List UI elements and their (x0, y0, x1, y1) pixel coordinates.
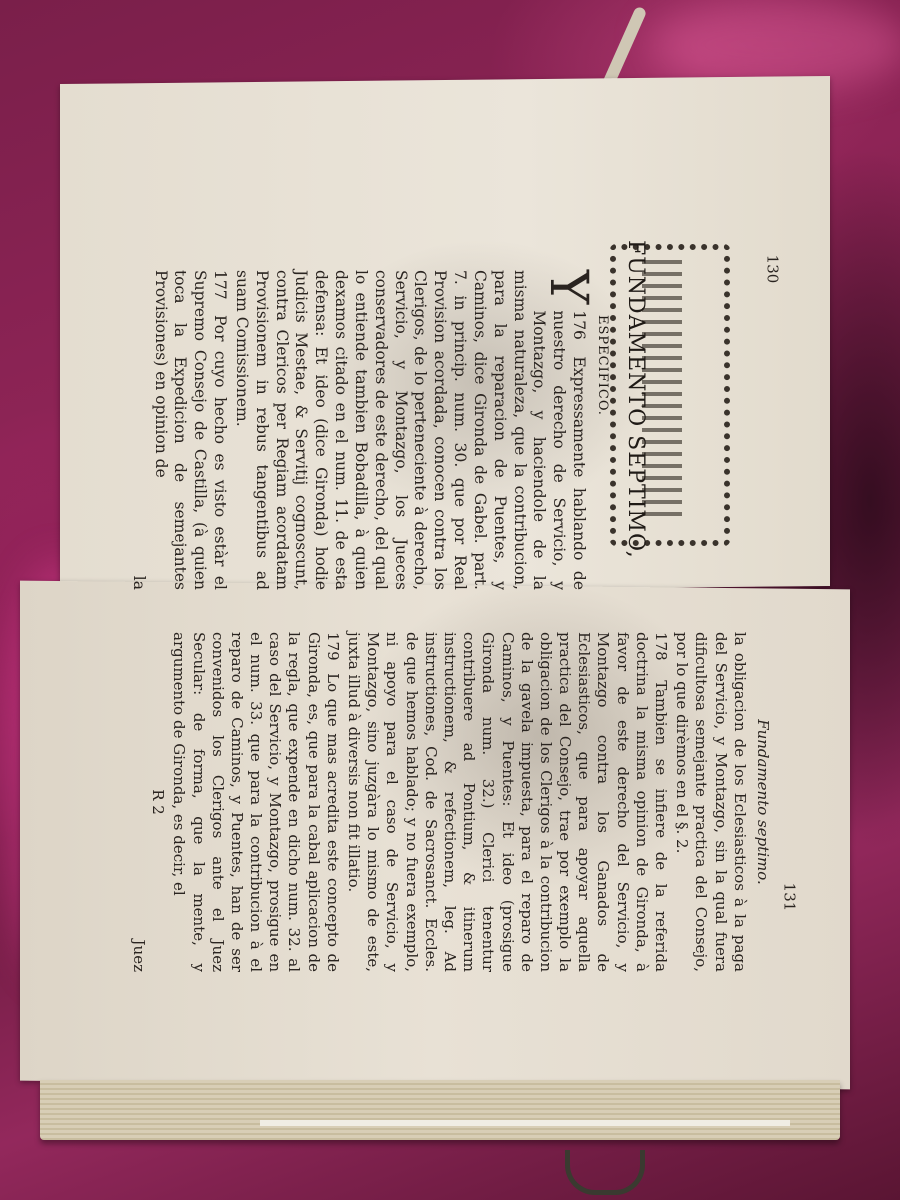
paragraph-text: Lo que mas acredita este concepto de Gir… (170, 632, 342, 972)
paragraph: 179 Lo que mas acredita este concepto de… (169, 632, 342, 972)
paragraph-text: la obligacion de los Eclesiasticos à la … (673, 632, 749, 972)
right-page-body: Fundamento septimo. la obligacion de los… (129, 632, 772, 972)
paragraph: 176 Y Expressamente hablando de nuestro … (231, 270, 588, 590)
left-page-body: 176 Y Expressamente hablando de nuestro … (128, 270, 588, 590)
paragraph-text: Por cuyo hecho es visto estàr el Supremo… (152, 270, 229, 590)
catchword: Juez (129, 632, 148, 972)
paragraph-text: Expressamente hablando de nuestro derech… (233, 270, 588, 590)
drop-cap: Y (546, 270, 588, 304)
paragraph-number: 178 (652, 632, 670, 661)
book-clasp (565, 1150, 645, 1195)
paragraph: la obligacion de los Eclesiasticos à la … (672, 632, 749, 972)
catchword: la (128, 270, 148, 590)
chapter-subtitle: ESPECIFICO. (595, 315, 610, 416)
paragraph: 177 Por cuyo hecho es visto estàr el Sup… (150, 270, 229, 590)
paragraph-number: 177 (211, 270, 229, 300)
book-page-edges (40, 1080, 840, 1140)
running-head: Fundamento septimo. (753, 632, 772, 972)
chapter-title: FUNDAMENTO SEPTIMO, (623, 240, 648, 559)
paragraph-number: 176 (570, 310, 588, 340)
paragraph: 178 Tambien se infiere de la referida do… (344, 632, 670, 972)
signature-mark: R 2 (148, 632, 167, 972)
page-number: 131 (780, 883, 798, 912)
page-number: 130 (763, 255, 781, 284)
ornament-inner-pattern (642, 260, 682, 516)
paragraph-text: Tambien se infiere de la referida doctri… (345, 632, 670, 972)
paragraph-number: 179 (324, 632, 342, 661)
